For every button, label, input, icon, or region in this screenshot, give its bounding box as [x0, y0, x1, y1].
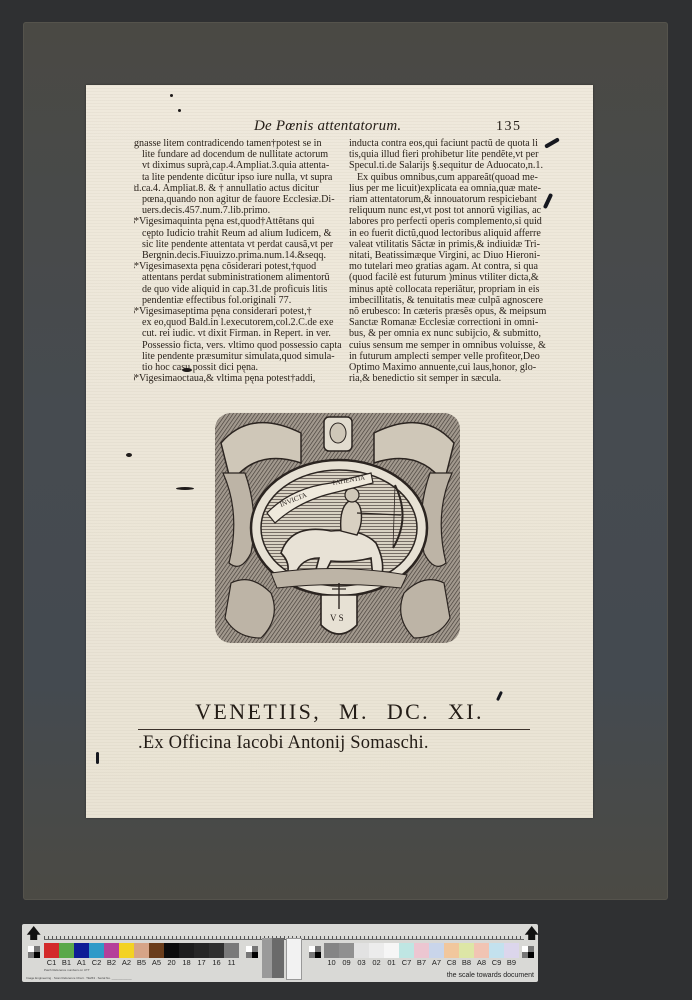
text-line: Optimo Maximo annuente,cui laus,honor, g… [349, 362, 569, 373]
color-patch-09 [339, 943, 354, 958]
color-patch-01 [384, 943, 399, 958]
imprint-printer: .Ex Officina Iacobi Antonij Somaschi. [138, 733, 538, 754]
ink-speck [170, 94, 173, 97]
text-line: lite fundare ad docendum de nullitate ac… [134, 149, 356, 160]
imprint-rule [138, 729, 530, 730]
patch-label: C8 [444, 959, 459, 967]
patch-label: A1 [74, 959, 89, 967]
line-text: *Vigesimaoctaua,& vltima pęna potest†add… [134, 373, 315, 384]
color-patch-b8 [459, 943, 474, 958]
text-line: uers.decis.457.num.7.lib.primo. [134, 205, 356, 216]
text-line: in futurum amplecti semper velle profite… [349, 351, 569, 362]
text-line: ria,& benedictio sit semper in sæcula. [349, 373, 569, 384]
running-head: De Pœnis attentatorum. [254, 118, 401, 135]
text-line: lite pendente præsumitur simulata,quod s… [134, 351, 356, 362]
line-text: uers.decis.457.num.7.lib.primo. [142, 205, 270, 216]
text-line: cępto Iudicio trahit Reum ad alium Iudic… [134, 228, 356, 239]
patch-labels-left: C1B1A1C2B2A2B5A52018171611 [44, 959, 239, 967]
text-line: 295*Vigesimaseptima pęna considerari pot… [134, 306, 356, 317]
patch-label: C9 [489, 959, 504, 967]
up-arrow-icon: 🡅 [26, 925, 41, 941]
scale-ruler-line [44, 939, 524, 940]
text-line: mo tutelari meo gratias agam. At contra,… [349, 261, 569, 272]
patch-label: 16 [209, 959, 224, 967]
patch-label: A2 [119, 959, 134, 967]
patch-label: B1 [59, 959, 74, 967]
resolution-block [286, 938, 302, 980]
ink-speck [182, 368, 192, 372]
line-text: gnasse litem contradicendo tamen†potest … [134, 138, 322, 149]
patch-label: B5 [134, 959, 149, 967]
text-line: cuius sensum me semper in omnibus voluis… [349, 340, 569, 351]
ink-speck [176, 487, 194, 490]
patch-label: A7 [429, 959, 444, 967]
patch-label: 01 [384, 959, 399, 967]
patch-labels-right: 1009030201C7B7A7C8B8A8C9B9 [324, 959, 519, 967]
text-line: labores pro perfecti operis complemento,… [349, 216, 569, 227]
color-patch-b5 [134, 943, 149, 958]
color-patch-a7 [429, 943, 444, 958]
color-patch-b9 [504, 943, 519, 958]
scale-ruler [44, 930, 524, 942]
text-line: 293*Vigesimaquinta pęna est,quod†Attẽtan… [134, 216, 356, 227]
patch-label: C2 [89, 959, 104, 967]
color-patch-a8 [474, 943, 489, 958]
patch-label: 20 [164, 959, 179, 967]
line-text: d.ca.4. Ampliat.8. & † annullatio actus … [134, 183, 319, 194]
patch-label: 09 [339, 959, 354, 967]
text-line: inducta contra eos,qui faciunt pactũ de … [349, 138, 569, 149]
text-line: pœna,quando non agitur de fauore Ecclesi… [134, 194, 356, 205]
gray-quad-left [28, 946, 40, 958]
text-line: reliquum nunc est,vt post tot annorũ vig… [349, 205, 569, 216]
target-footer-left: Image Engineering · Scan Reference Chart… [26, 976, 132, 980]
text-line: ta lite pendente dicũtur ipso iure nulla… [134, 172, 356, 183]
text-line: minus aptè collocata reperiãtur, propria… [349, 284, 569, 295]
imprint-city-date: VENETIIS, M. DC. XI. [86, 699, 593, 725]
text-line: 291gnasse litem contradicendo tamen†pote… [134, 138, 356, 149]
color-patch-11 [224, 943, 239, 958]
line-text: lite pendente præsumitur simulata,quod s… [142, 351, 335, 362]
color-patch-02 [369, 943, 384, 958]
patch-label: 18 [179, 959, 194, 967]
gray-quad-right [309, 946, 321, 958]
text-line: 292d.ca.4. Ampliat.8. & † annullatio act… [134, 183, 356, 194]
line-text: cępto Iudicio trahit Reum ad alium Iudic… [142, 228, 332, 239]
line-text: Bergnin.decis.Fiuuizzo.prima.num.14.&seq… [142, 250, 326, 261]
text-line: pendentiæ effectibus fol.originali 77. [134, 295, 356, 306]
line-text: pœna,quando non agitur de fauore Ecclesi… [142, 194, 335, 205]
color-patch-c8 [444, 943, 459, 958]
text-line: 294*Vigesimasexta pęna cõsiderari potest… [134, 261, 356, 272]
text-line: de quo vide aliquid in cap.31.de proficu… [134, 284, 356, 295]
text-line: Bergnin.decis.Fiuuizzo.prima.num.14.&seq… [134, 250, 356, 261]
ink-speck [126, 453, 132, 457]
patch-label: A8 [474, 959, 489, 967]
gray-quad-far-right [522, 946, 534, 958]
text-line: 296*Vigesimaoctaua,& vltima pęna potest†… [134, 373, 356, 384]
svg-text:V S: V S [330, 613, 344, 623]
text-line: Possessio ficta, vers. vltimo quod posse… [134, 340, 356, 351]
color-patches-left [44, 943, 239, 958]
color-patch-18 [179, 943, 194, 958]
color-patch-c7 [399, 943, 414, 958]
patch-note: Patch Reference numbers on UTT [44, 968, 90, 972]
color-patch-a5 [149, 943, 164, 958]
color-patch-b7 [414, 943, 429, 958]
color-patch-c9 [489, 943, 504, 958]
text-line: cut. rei iudic. vt dixit Firman. in Repe… [134, 328, 356, 339]
line-text: Possessio ficta, vers. vltimo quod posse… [142, 340, 342, 351]
text-line: lius per me licuit)explicata ea omnia,qu… [349, 183, 569, 194]
text-line: tio hoc casu possit dici pęna. [134, 362, 356, 373]
patch-label: B2 [104, 959, 119, 967]
text-line: attentans perdat subministrationem alime… [134, 272, 356, 283]
text-line: in eo fuerit dictũ,quod lectoribus aliqu… [349, 228, 569, 239]
text-line: sic lite pendente attentata vt perdat ca… [134, 239, 356, 250]
patch-label: C1 [44, 959, 59, 967]
color-patch-a2 [119, 943, 134, 958]
color-patch-c1 [44, 943, 59, 958]
color-patch-b2 [104, 943, 119, 958]
patch-label: 03 [354, 959, 369, 967]
text-line: bus, & per omnia ex nunc subijcio, & sub… [349, 328, 569, 339]
color-patch-c2 [89, 943, 104, 958]
line-text: *Vigesimasexta pęna cõsiderari potest,†q… [134, 261, 316, 272]
patch-label: B8 [459, 959, 474, 967]
text-line: Specul.ti.de Salarijs §.sequitur de Aduo… [349, 160, 569, 171]
text-line: valeat vtilitatis Sãctæ in primis,& indi… [349, 239, 569, 250]
target-footer-right: the scale towards document [447, 972, 534, 979]
patch-label: A5 [149, 959, 164, 967]
patch-label: 11 [224, 959, 239, 967]
patch-label: B7 [414, 959, 429, 967]
line-text: pendentiæ effectibus fol.originali 77. [142, 295, 291, 306]
color-patch-20 [164, 943, 179, 958]
text-column-left: 291gnasse litem contradicendo tamen†pote… [134, 138, 356, 384]
color-patch-03 [354, 943, 369, 958]
color-reference-target: 🡅 C1B1A1C2B2A2B5A52018171611 1009030201C… [22, 924, 538, 982]
printers-device-emblem: INVICTA PATIENTIA V S [211, 403, 464, 651]
text-column-right: inducta contra eos,qui faciunt pactũ de … [349, 138, 569, 384]
line-text: *Vigesimaseptima pęna considerari potest… [134, 306, 312, 317]
line-text: *Vigesimaquinta pęna est,quod†Attẽtans q… [134, 216, 315, 227]
color-patch-10 [324, 943, 339, 958]
gray-step-block [262, 938, 284, 978]
text-line: tis,quia illud fieri prohibetur lite pen… [349, 149, 569, 160]
ink-speck [178, 109, 181, 112]
line-text: attentans perdat subministrationem alime… [142, 272, 330, 283]
color-patch-b1 [59, 943, 74, 958]
text-line: vt diximus suprà,cap.4.Ampliat.3.quia at… [134, 160, 356, 171]
patch-label: B9 [504, 959, 519, 967]
text-line: nõ erubesco: In cæteris præsẽs opus, & m… [349, 306, 569, 317]
patch-label: 02 [369, 959, 384, 967]
line-text: de quo vide aliquid in cap.31.de proficu… [142, 284, 327, 295]
text-line: Ex quibus omnibus,cum appareãt(quoad me- [349, 172, 569, 183]
line-text: tio hoc casu possit dici pęna. [142, 362, 258, 373]
page-number: 135 [496, 119, 522, 135]
text-line: imbecillitatis, & tenuitatis meæ culpã a… [349, 295, 569, 306]
color-patches-right [324, 943, 519, 958]
color-patch-17 [194, 943, 209, 958]
line-text: lite fundare ad docendum de nullitate ac… [142, 149, 328, 160]
text-line: Sanctæ Romanæ Ecclesiæ correctioni in om… [349, 317, 569, 328]
line-text: ta lite pendente dicũtur ipso iure nulla… [142, 172, 332, 183]
text-line: (quod facilè est futurum )minus vtiliter… [349, 272, 569, 283]
document-page: De Pœnis attentatorum. 135 291gnasse lit… [86, 85, 593, 818]
color-patch-16 [209, 943, 224, 958]
text-line: riam attentatorum,& innouatorum respicie… [349, 194, 569, 205]
patch-label: 17 [194, 959, 209, 967]
ink-mark [96, 752, 99, 764]
line-text: sic lite pendente attentata vt perdat ca… [142, 239, 333, 250]
line-text: ex eo,quod Bald.in l.executorem,col.2.C.… [142, 317, 333, 328]
gray-quad-mid [246, 946, 258, 958]
patch-label: C7 [399, 959, 414, 967]
line-text: cut. rei iudic. vt dixit Firman. in Repe… [142, 328, 331, 339]
text-line: ex eo,quod Bald.in l.executorem,col.2.C.… [134, 317, 356, 328]
up-arrow-icon: 🡅 [524, 925, 539, 941]
patch-label: 10 [324, 959, 339, 967]
text-line: nitati, Beatissimæque Virgini, ac Diuo H… [349, 250, 569, 261]
color-patch-a1 [74, 943, 89, 958]
line-text: vt diximus suprà,cap.4.Ampliat.3.quia at… [142, 160, 329, 171]
